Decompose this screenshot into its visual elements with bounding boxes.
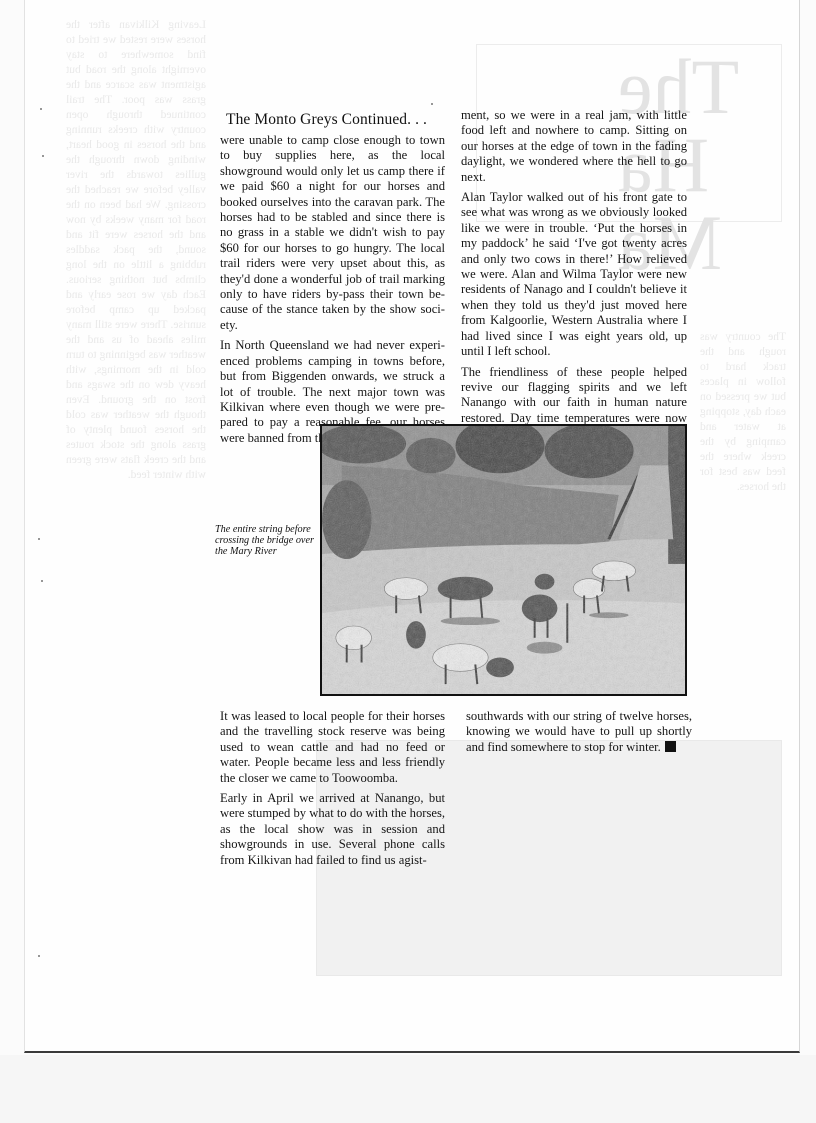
paragraph: were unable to camp close enough to town… bbox=[220, 133, 445, 333]
scan-speck bbox=[41, 580, 43, 582]
end-of-article-square-icon bbox=[665, 741, 676, 752]
paragraph: Alan Taylor walked out of his front gate… bbox=[461, 190, 687, 359]
ghost-text-left: Leaving Kilkivan after the horses were r… bbox=[66, 18, 206, 1008]
article-column-3: It was leased to local people for their … bbox=[220, 709, 445, 873]
article-column-4: southwards with our string of twelve hor… bbox=[466, 709, 692, 760]
photo-caption: The entire string before crossing the br… bbox=[215, 524, 315, 558]
scanner-bed bbox=[0, 1055, 816, 1123]
paragraph: southwards with our string of twelve hor… bbox=[466, 709, 692, 755]
scan-speck bbox=[38, 538, 40, 540]
scan-speck bbox=[42, 155, 44, 157]
scan-speck bbox=[431, 103, 433, 105]
article-column-2: ment, so we were in a real jam, with lit… bbox=[461, 108, 687, 447]
article-title: The Monto Greys Continued. . . bbox=[226, 111, 427, 129]
horses-photo-image bbox=[322, 426, 685, 694]
paragraph: Early in April we arrived at Nanango, bu… bbox=[220, 791, 445, 868]
scan-speck bbox=[40, 108, 42, 110]
scan-speck bbox=[38, 955, 40, 957]
article-column-1: were unable to camp close enough to town… bbox=[220, 133, 445, 451]
paragraph: It was leased to local people for their … bbox=[220, 709, 445, 786]
ghost-text-right: The country was rough and the track hard… bbox=[700, 330, 786, 690]
paragraph: ment, so we were in a real jam, with lit… bbox=[461, 108, 687, 185]
photo-horses-river bbox=[320, 424, 687, 696]
